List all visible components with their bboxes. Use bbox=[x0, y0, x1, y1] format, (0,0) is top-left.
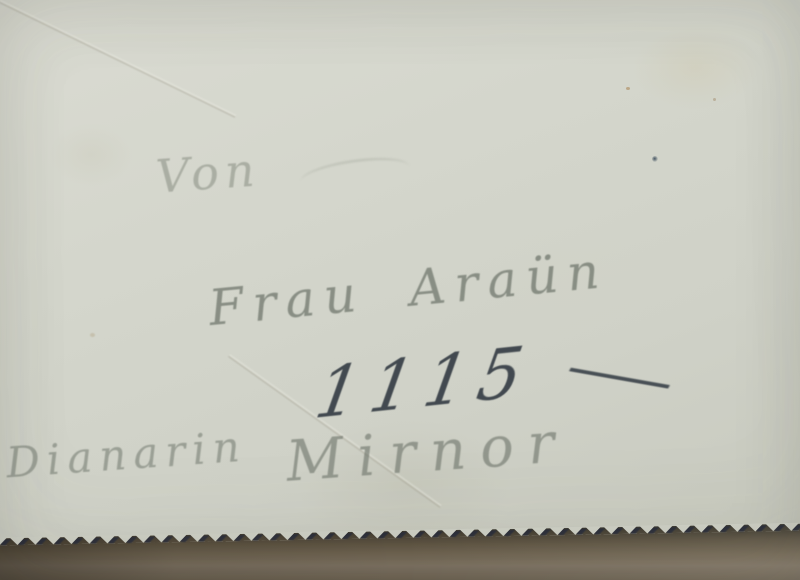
paper-speck bbox=[90, 333, 95, 337]
paper-speck bbox=[713, 98, 716, 101]
paper-speck bbox=[626, 87, 630, 90]
handwriting-line1: Von bbox=[154, 142, 262, 203]
ink-dot-blemish bbox=[652, 156, 658, 162]
photo-old-card-back: Von Frau Araün 1115 — Dianarin Mirnor bbox=[0, 0, 800, 580]
